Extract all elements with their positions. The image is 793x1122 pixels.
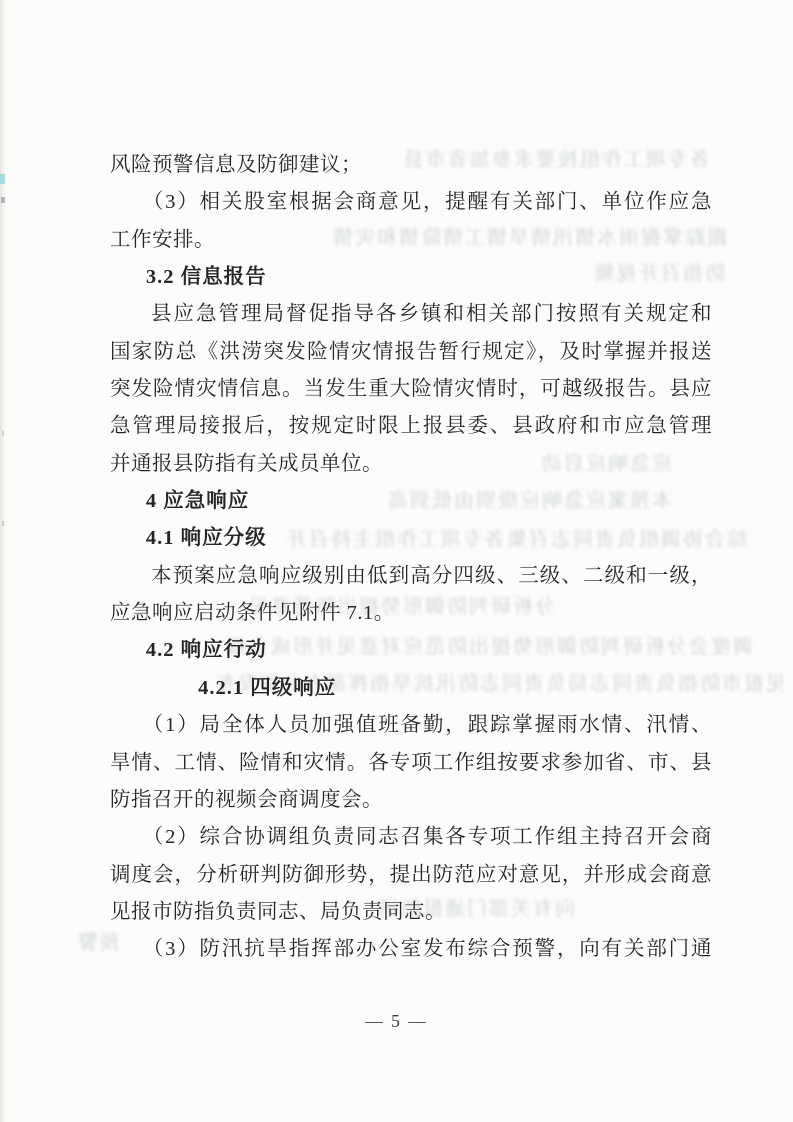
- page-number: — 5 —: [0, 1006, 793, 1036]
- scan-edge-artifact: [0, 0, 7, 1122]
- section-heading-4: 4 应急响应: [110, 483, 712, 520]
- paragraph-line: 旱情、工情、险情和灾情。各专项工作组按要求参加省、市、县: [110, 745, 712, 782]
- paragraph-line: 防指召开的视频会商调度会。: [110, 782, 712, 819]
- paragraph-line: 风险预警信息及防御建议；: [110, 147, 712, 184]
- paragraph-line: 急管理局接报后，按规定时限上报县委、县政府和市应急管理局，: [110, 408, 712, 445]
- section-heading-4-2-1: 4.2.1 四级响应: [110, 670, 712, 707]
- paragraph-line: 工作安排。: [110, 222, 712, 259]
- paragraph-line: 国家防总《洪涝突发险情灾情报告暂行规定》，及时掌握并报送: [110, 334, 712, 371]
- paragraph-line: 调度会，分析研判防御形势，提出防范应对意见，并形成会商意: [110, 857, 712, 894]
- scan-speck-pink: [2, 431, 4, 436]
- paragraph-line: 突发险情灾情信息。当发生重大险情灾情时，可越级报告。县应: [110, 371, 712, 408]
- paragraph-line: 并通报县防指有关成员单位。: [110, 446, 712, 483]
- scan-speck-cyan: [0, 174, 5, 184]
- paragraph-line: （3）相关股室根据会商意见，提醒有关部门、单位作应急: [110, 184, 712, 221]
- section-heading-4-2: 4.2 响应行动: [110, 632, 712, 669]
- scan-speck-dark: [1, 197, 5, 203]
- scan-speck-green: [2, 521, 4, 526]
- paragraph-line: 县应急管理局督促指导各乡镇和相关部门按照有关规定和: [110, 296, 712, 333]
- paragraph-line: （1）局全体人员加强值班备勤，跟踪掌握雨水情、汛情、: [110, 707, 712, 744]
- paragraph-line: 应急响应启动条件见附件 7.1。: [110, 595, 712, 632]
- paragraph-line: （3）防汛抗旱指挥部办公室发布综合预警，向有关部门通: [110, 931, 712, 968]
- scanned-document-page: 各专项工作组按要求参加省市县 跟踪掌握雨水情汛情旱情工情险情和灾情 防指召开视频…: [0, 0, 793, 1122]
- paragraph-line: 本预案应急响应级别由低到高分四级、三级、二级和一级，: [110, 558, 712, 595]
- section-heading-4-1: 4.1 响应分级: [110, 520, 712, 557]
- paragraph-line: 见报市防指负责同志、局负责同志。: [110, 894, 712, 931]
- document-body: 风险预警信息及防御建议； （3）相关股室根据会商意见，提醒有关部门、单位作应急 …: [110, 147, 712, 969]
- section-heading-3-2: 3.2 信息报告: [110, 259, 712, 296]
- paragraph-line: （2）综合协调组负责同志召集各专项工作组主持召开会商: [110, 819, 712, 856]
